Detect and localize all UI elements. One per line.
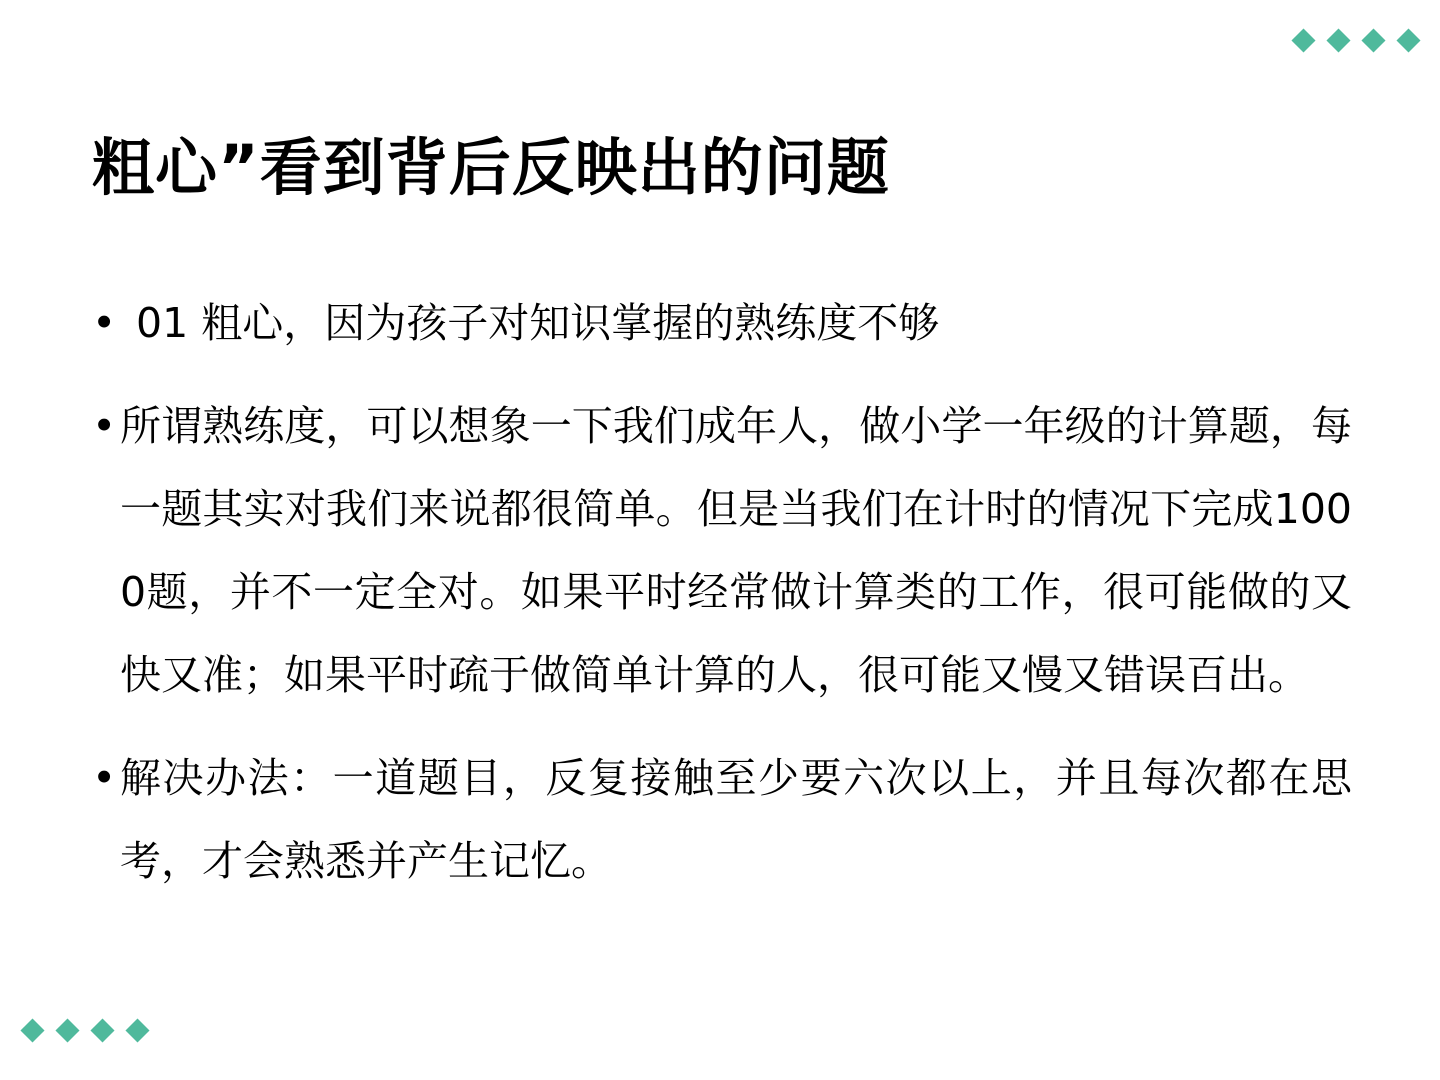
bullet-text: 所谓熟练度，可以想象一下我们成年人，做小学一年级的计算题，每一题其实对我们来说都…: [120, 385, 1352, 717]
diamond-icon: [1291, 28, 1315, 52]
diamond-icon: [125, 1018, 149, 1042]
diamond-icon: [1326, 28, 1350, 52]
diamond-icon: [90, 1018, 114, 1042]
diamond-icon: [1361, 28, 1385, 52]
bullet-item-2: • 所谓熟练度，可以想象一下我们成年人，做小学一年级的计算题，每一题其实对我们来…: [92, 385, 1352, 717]
bullet-text: 解决办法：一道题目，反复接触至少要六次以上，并且每次都在思考，才会熟悉并产生记忆…: [120, 737, 1352, 903]
decoration-diamonds-bottom-left: [21, 1019, 149, 1042]
diamond-icon: [55, 1018, 79, 1042]
decoration-diamonds-top-right: [1292, 29, 1420, 52]
bullet-text: 01 粗心，因为孩子对知识掌握的熟练度不够: [136, 282, 1352, 365]
bullet-icon: •: [92, 737, 116, 820]
slide-title: 粗心”看到背后反映出的问题: [92, 130, 890, 206]
bullet-icon: •: [92, 282, 116, 365]
bullet-item-1: • 01 粗心，因为孩子对知识掌握的熟练度不够: [92, 282, 1352, 365]
diamond-icon: [20, 1018, 44, 1042]
bullet-list: • 01 粗心，因为孩子对知识掌握的熟练度不够 • 所谓熟练度，可以想象一下我们…: [92, 282, 1352, 923]
diamond-icon: [1396, 28, 1420, 52]
bullet-item-3: • 解决办法：一道题目，反复接触至少要六次以上，并且每次都在思考，才会熟悉并产生…: [92, 737, 1352, 903]
bullet-icon: •: [92, 385, 116, 468]
